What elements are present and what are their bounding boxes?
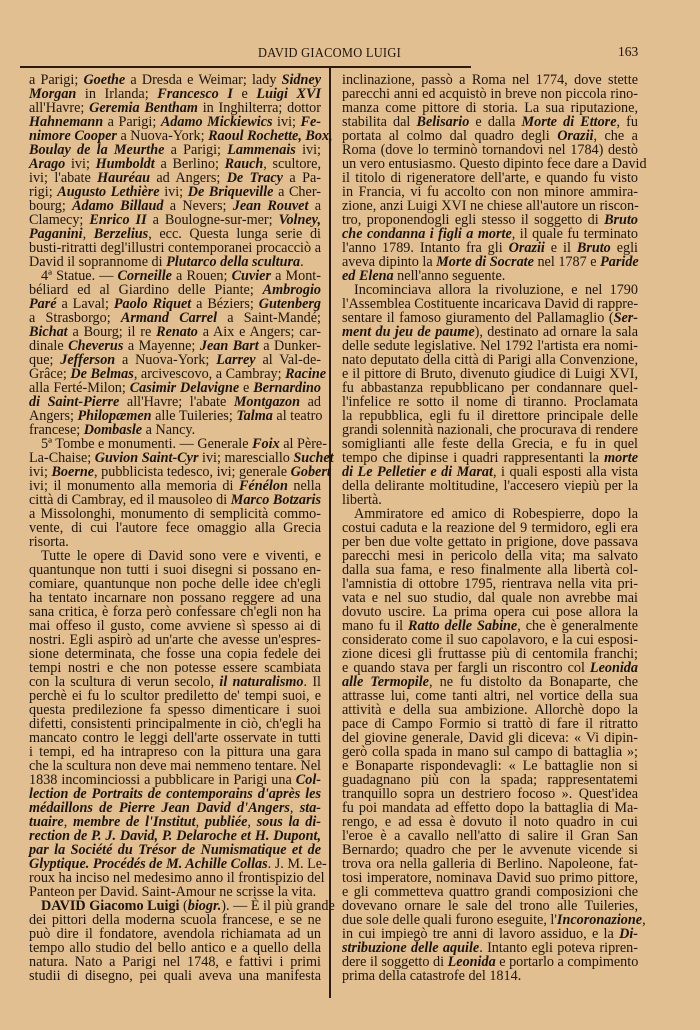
- text-line: parecchi anni ed acquistò in breve non p…: [342, 87, 638, 101]
- text-line: inclinazione, passò a Roma nel 1774, dov…: [342, 73, 638, 87]
- header-rule: [20, 66, 471, 68]
- text-line: i tempi, ed ha intrapreso con la pittura…: [29, 745, 321, 759]
- text-line: l'Assemblea Costituente incaricava David…: [342, 297, 638, 311]
- text-line: Paganini, Berzelius, ecc. Questa lunga s…: [29, 227, 321, 241]
- text-line: Clamecy; Enrico II a Boulogne-sur-mer; V…: [29, 213, 321, 227]
- text-line: 4ª Statue. — Corneille a Rouen; Cuvier a…: [29, 269, 321, 283]
- text-line: mano fu il Ratto delle Sabine, che è gen…: [342, 619, 638, 633]
- text-line: 5ª Tombe e monumenti. — Generale Foix al…: [29, 437, 321, 451]
- text-line: ivi; l'abate Hauréau ad Angers; De Tracy…: [29, 171, 321, 185]
- text-line: in cui impiegò tre anni di lavoro assidu…: [342, 927, 638, 941]
- text-line: Grâce; De Belmas, arcivescovo, a Cambray…: [29, 367, 321, 381]
- text-line: che condanna i figli a morte, il quale f…: [342, 227, 638, 241]
- text-line: Bernardo; quadro che per le avvenute vic…: [342, 843, 638, 857]
- text-line: per ben due volte gettato in prigione, d…: [342, 535, 638, 549]
- text-line: può dire il fondatore, avendola richiama…: [29, 927, 321, 941]
- italic-span: Paride: [600, 254, 639, 270]
- text-line: Arago ivi; Humboldt a Berlino; Rauch, sc…: [29, 157, 321, 171]
- text-line: béliard ed al Giardino delle Piante; Amb…: [29, 283, 321, 297]
- text-line: natura. Nato a Parigi nel 1748, e fattiv…: [29, 955, 321, 969]
- italic-span: Talma: [236, 408, 273, 424]
- text-line: mai offeso il gusto, come avviene sì spe…: [29, 619, 321, 633]
- text-line: all'Havre; Geremia Bentham in Inghilterr…: [29, 101, 321, 115]
- text-span: ,: [642, 912, 646, 928]
- text-line: francese; Dombasle a Nancy.: [29, 423, 321, 437]
- text-line: que; Jefferson a Nuova-York; Larrey al V…: [29, 353, 321, 367]
- text-line: nimore Cooper a Nuova-York; Raoul Rochet…: [29, 129, 321, 143]
- right-column: inclinazione, passò a Roma nel 1774, dov…: [342, 73, 638, 983]
- text-line: attività e della sua ambizione. Allorchè…: [342, 703, 638, 717]
- text-line: due sole delle quali furono eseguite, l'…: [342, 913, 638, 927]
- text-line: difetti, consistenti principalmente in c…: [29, 717, 321, 731]
- text-line: e il pittore di Bruto, divenuto giudice …: [342, 367, 638, 381]
- text-line: attrasse lui, come tanti altri, nel vort…: [342, 689, 638, 703]
- text-line: manza come pittore di storia. La sua rip…: [342, 101, 638, 115]
- text-line: la repubblica, egli fu il direttore prin…: [342, 409, 638, 423]
- text-line: l'infelice re sotto il nome di tiranno. …: [342, 395, 638, 409]
- text-line: Bichat a Bourg; il re Renato a Aix e Ang…: [29, 325, 321, 339]
- text-line: par la Société du Trésor de Numismatique…: [29, 843, 321, 857]
- text-line: dere il soggetto di Leonida e portarlo a…: [342, 955, 638, 969]
- text-line: il titolo di rigeneratore dell'arte, e q…: [342, 171, 638, 185]
- text-line: ivi; Boerne, pubblicista tedesco, ivi; g…: [29, 465, 321, 479]
- text-line: somiglianti alle feste della Grecia, e f…: [342, 437, 638, 451]
- text-span: al teatro: [273, 408, 323, 424]
- text-line: rengo, e ad essa è dovuto il noto quadro…: [342, 815, 638, 829]
- text-line: ment du jeu de paume), destinato ad orna…: [342, 325, 638, 339]
- text-line: tempi nostri e che non potesse essere sc…: [29, 661, 321, 675]
- text-line: guadagnano più con la spada; rappresenta…: [342, 773, 638, 787]
- text-line: tro, proponendogli egli stesso il sogget…: [342, 213, 638, 227]
- text-line: l'anno 1789. Intanto fra gli Orazii e il…: [342, 241, 638, 255]
- text-line: delle sedute legislative. Nel 1792 l'art…: [342, 339, 638, 353]
- text-line: libertà.: [342, 493, 638, 507]
- running-title: DAVID GIACOMO LUIGI: [258, 45, 589, 61]
- text-line: ha tentato incarnare non possano reggere…: [29, 591, 321, 605]
- left-column: a Parigi; Goethe a Dresda e Weimar; lady…: [29, 73, 321, 983]
- text-line: fu poi mandata ad effetto dopo la battag…: [342, 801, 638, 815]
- text-line: che la scultura non deve mai nemmeno ten…: [29, 759, 321, 773]
- text-line: fu abbastanza repubblicano per condannar…: [342, 381, 638, 395]
- text-line: lection de Portraits de contemporains d'…: [29, 787, 321, 801]
- text-line: 1838 incominciossi a pubblicare in Parig…: [29, 773, 321, 787]
- text-span: studii di disegno, pei quali aveva una m…: [29, 968, 321, 984]
- text-line: tranquillo sopra un destriero focoso ». …: [342, 787, 638, 801]
- text-line: grandi solennità nazionali, che procurav…: [342, 423, 638, 437]
- text-line: e quando stava per fargli un riscontro c…: [342, 661, 638, 675]
- text-line: alla Ferté-Milon; Casimir Delavigne e Be…: [29, 381, 321, 395]
- text-span: nel 1787 e: [534, 254, 600, 270]
- text-line: trova ora nella galleria di Berlino. Nap…: [342, 857, 638, 871]
- text-line: comiare, quantunque non poche delle idee…: [29, 577, 321, 591]
- page-number: 163: [618, 44, 638, 60]
- text-line: costui caduta e la reazione del 9 termid…: [342, 521, 638, 535]
- text-span: prima della catastrofe del 1814.: [342, 968, 521, 984]
- text-line: dovevano ornare le sale del trono alle T…: [342, 899, 638, 913]
- text-line: Morgan in Irlanda; Francesco I e Luigi X…: [29, 87, 321, 101]
- text-line: roux ha inciso nel medesimo anno il fron…: [29, 871, 321, 885]
- text-span: della delirante moltitudine, l'accesero …: [342, 478, 638, 494]
- text-line: ivi; il monumento alla memoria di Fénélo…: [29, 479, 321, 493]
- text-line: tuaire, membre de l'Institut, publiée, s…: [29, 815, 321, 829]
- text-line: e gli commetteva quattro grandi composiz…: [342, 885, 638, 899]
- column-divider: [329, 68, 331, 998]
- text-line: Boulay de la Meurthe a Parigi; Lammenais…: [29, 143, 321, 157]
- text-line: un vero entusiasmo. Questo dipinto fece …: [342, 157, 638, 171]
- text-line: l'eroe è a cavallo nell'atto di salire i…: [342, 829, 638, 843]
- text-line: del giovine generale, David gli diceva: …: [342, 731, 638, 745]
- text-line: risorta.: [29, 535, 321, 549]
- text-span: vente, di cui l'autore fece omaggio alla…: [29, 520, 321, 536]
- text-line: tosi imperatore, nominava David suo prim…: [342, 871, 638, 885]
- text-line: Glyptique. Procédés de M. Achille Collas…: [29, 857, 321, 871]
- text-line: Hahnemann a Parigi; Adamo Mickiewics ivi…: [29, 115, 321, 129]
- text-line: tempo allo studio del bello antico e a q…: [29, 941, 321, 955]
- text-line: nato deputato della città di Parigi alla…: [342, 353, 638, 367]
- text-line: Incominciava allora la rivoluzione, e ne…: [342, 283, 638, 297]
- text-line: médaillons de Pierre Jean David d'Angers…: [29, 801, 321, 815]
- text-line: tempo che dipinse i quadri rappresentant…: [342, 451, 638, 465]
- text-line: aveva dipinto la Morte di Socrate nel 17…: [342, 255, 638, 269]
- text-line: di Le Pelletier e di Marat, i quali espo…: [342, 465, 638, 479]
- text-line: studii di disegno, pei quali aveva una m…: [29, 969, 321, 983]
- text-line: Paré a Laval; Paolo Riquet a Béziers; Gu…: [29, 297, 321, 311]
- text-line: stribuzione delle aquile. Intanto egli p…: [342, 941, 638, 955]
- text-line: prima della catastrofe del 1814.: [342, 969, 638, 983]
- text-line: DAVID Giacomo Luigi (biogr.). — È il più…: [29, 899, 321, 913]
- text-line: città di Cambray, ed il mausoleo di Marc…: [29, 493, 321, 507]
- text-line: a Missolonghi, monumento di semplicità c…: [29, 507, 321, 521]
- text-line: sentare il famoso giuramento del Pallama…: [342, 311, 638, 325]
- text-line: alle Termopile, ne fu distolto da Bonapa…: [342, 675, 638, 689]
- text-line: e Bonaparte rispondevagli: « Le battagli…: [342, 759, 638, 773]
- text-line: di Saint-Pierre all'Havre; l'abate Montg…: [29, 395, 321, 409]
- text-line: Roma (dove lo terminò tornandovi nel 178…: [342, 143, 638, 157]
- text-line: l'amnistia di ottobre 1795, rientrava ne…: [342, 577, 638, 591]
- text-line: della delirante moltitudine, l'accesero …: [342, 479, 638, 493]
- text-line: Panteon per David. Saint-Amour ne scriss…: [29, 885, 321, 899]
- text-line: parecchi mesi in pericolo della vita; ma…: [342, 549, 638, 563]
- text-line: vata e nel suo studio, dal quale non avr…: [342, 591, 638, 605]
- text-line: bourg; Adamo Billaud a Nevers; Jean Rouv…: [29, 199, 321, 213]
- text-line: con la scultura di verun secolo, il natu…: [29, 675, 321, 689]
- text-line: a Parigi; Goethe a Dresda e Weimar; lady…: [29, 73, 321, 87]
- text-line: Ammiratore ed amico di Robespierre, dopo…: [342, 507, 638, 521]
- text-line: Angers; Philopæmen alle Tuileries; Talma…: [29, 409, 321, 423]
- text-line: quantunque non tutti i suoi disegni si p…: [29, 563, 321, 577]
- text-line: dinale Cheverus a Mayenne; Jean Bart a D…: [29, 339, 321, 353]
- text-line: busti-ritratti degl'illustri contemporan…: [29, 241, 321, 255]
- text-line: pace di Campo Formio si trattò di fare i…: [342, 717, 638, 731]
- text-line: dovuto uscire. La prima opera cui pose a…: [342, 605, 638, 619]
- text-line: sana critica, è forza però confessare ch…: [29, 605, 321, 619]
- text-line: rection de P. J. David, P. Delaroche et …: [29, 829, 321, 843]
- text-line: nostri. Egli aspirò ad un'arte che avess…: [29, 633, 321, 647]
- text-line: dalla sua fama, e reso finalmente alla l…: [342, 563, 638, 577]
- text-line: dei pittori della moderna scuola frances…: [29, 913, 321, 927]
- text-line: ed Elena nell'anno seguente.: [342, 269, 638, 283]
- text-line: portata al colmo dal quadro degli Orazii…: [342, 129, 638, 143]
- text-line: mancato contro le leggi dell'arte osserv…: [29, 731, 321, 745]
- text-line: considerato come il suo capolavoro, e la…: [342, 633, 638, 647]
- text-line: vente, di cui l'autore fece omaggio alla…: [29, 521, 321, 535]
- text-line: zione, anzi Luigi XVI ne chiese all'auto…: [342, 199, 638, 213]
- text-line: questa predilezione fa spesso dimenticar…: [29, 703, 321, 717]
- text-line: zione dicesi gli fruttasse più di centom…: [342, 647, 638, 661]
- text-line: perchè ei fu lo scultor prediletto de' t…: [29, 689, 321, 703]
- text-line: gerò colla spada in mano sul campo di ba…: [342, 745, 638, 759]
- text-line: in Francia, vi fu accolto con non minore…: [342, 185, 638, 199]
- text-line: a Strasborgo; Armand Carrel a Saint-Mand…: [29, 311, 321, 325]
- text-line: La-Chaise; Guvion Saint-Cyr ivi; maresci…: [29, 451, 321, 465]
- text-line: rigi; Augusto Lethière ivi; De Briquevil…: [29, 185, 321, 199]
- text-line: sione determinata, che fosse una copia f…: [29, 647, 321, 661]
- text-line: David il soprannome di Plutarco della sc…: [29, 255, 321, 269]
- text-line: Tutte le opere di David sono vere e vive…: [29, 549, 321, 563]
- text-line: stabilita dal Belisario e dalla Morte di…: [342, 115, 638, 129]
